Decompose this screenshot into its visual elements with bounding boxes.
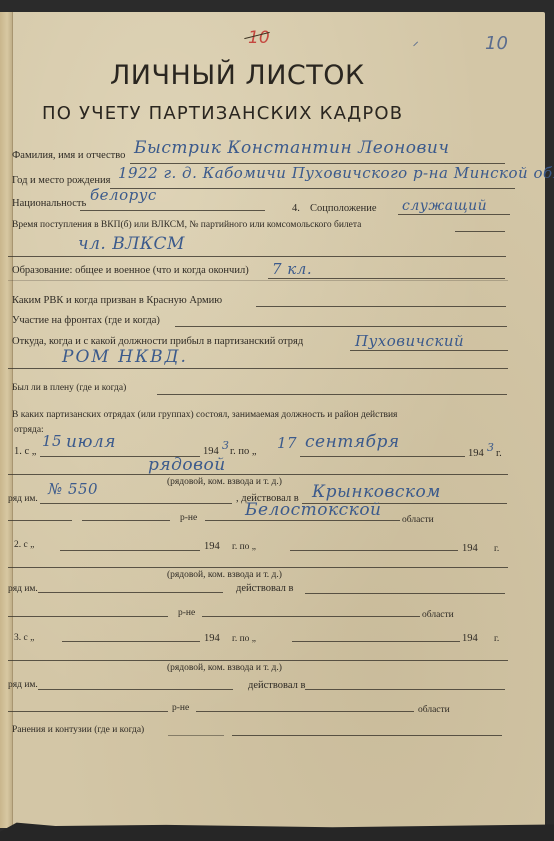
service-1-region-label: области [402, 515, 434, 525]
field-5-line-b [8, 256, 506, 257]
service-3-from-year: 194 [204, 633, 220, 644]
service-3-rank-hint: (рядовой, ком. взвода и т. д.) [167, 663, 282, 673]
field-9-line-b [8, 368, 508, 369]
binding-strip [0, 12, 13, 828]
service-2-from-line [60, 550, 200, 551]
service-2-to-line [290, 550, 458, 551]
service-1-from-day[interactable]: 15 [42, 432, 62, 450]
service-3-to-line [292, 641, 460, 642]
field-1-label: Фамилия, имя и отчество [12, 150, 125, 161]
service-3-line-a [8, 711, 168, 712]
field-4-label: Соцположение [310, 203, 377, 214]
field-8-label: Участие на фронтах (где и когда) [12, 315, 160, 326]
field-8-line [175, 326, 507, 327]
red-number-text: 10 [248, 28, 270, 48]
service-1-unit[interactable]: № 550 [48, 480, 98, 498]
service-1-rank-hint: (рядовой, ком. взвода и т. д.) [167, 477, 282, 487]
service-1-rank-line [8, 474, 508, 475]
service-1-to-year: 194 [468, 448, 484, 459]
service-1-to-line [300, 456, 465, 457]
document-title: ЛИЧНЫЙ ЛИСТОК [110, 60, 365, 91]
service-2-rank-line [8, 567, 508, 568]
service-2-from-year: 194 [204, 541, 220, 552]
field-6-label: Образование: общее и военное (что и когд… [12, 265, 249, 276]
field-7-label: Каким РВК и когда призван в Красную Арми… [12, 295, 222, 306]
service-1-district-label: р-не [180, 513, 197, 523]
service-2-district-label: р-не [178, 608, 195, 618]
service-1-unit-line [40, 503, 232, 504]
service-1-from-year-digit[interactable]: 3 [222, 439, 230, 452]
document-subtitle: ПО УЧЕТУ ПАРТИЗАНСКИХ КАДРОВ [42, 103, 403, 124]
field-6-guide [8, 280, 508, 281]
service-1-region-line [205, 520, 400, 521]
service-3-district-label: р-не [172, 703, 189, 713]
service-2-prefix: 2. с „ [14, 540, 34, 550]
service-3-rank-line [8, 660, 508, 661]
field-5-value[interactable]: чл. ВЛКСМ [78, 234, 185, 254]
field-12-line-b [232, 735, 502, 736]
service-3-to-year: 194 [462, 633, 478, 644]
field-4-value[interactable]: служащий [402, 198, 487, 214]
service-2-region-label: области [422, 610, 454, 620]
field-2-value[interactable]: 1922 г. д. Кабомичи Пуховичского р-на Ми… [118, 164, 554, 182]
service-2-to-label: г. по „ [232, 542, 256, 552]
service-3-prefix: 3. с „ [14, 633, 34, 643]
service-3-g: г. [494, 634, 499, 644]
service-3-region-label: области [418, 705, 450, 715]
service-2-acted-line [305, 593, 505, 594]
service-1-to-month[interactable]: сентября [305, 432, 400, 452]
service-2-unit-line [38, 592, 223, 593]
service-2-to-year: 194 [462, 543, 478, 554]
field-2-label: Год и место рождения [12, 175, 110, 186]
field-3-label: Национальность [12, 198, 86, 209]
service-1-rank[interactable]: рядовой [148, 455, 226, 475]
field-10-label: Был ли в плену (где и когда) [12, 383, 126, 393]
service-3-unit-line [38, 689, 233, 690]
service-1-to-day[interactable]: 17 [277, 434, 297, 452]
field-2-line [110, 188, 515, 189]
field-1-value[interactable]: Быстрик Константин Леонович [134, 138, 449, 158]
field-9-value-1[interactable]: Пуховичский [355, 332, 464, 350]
field-11-label-cont: отряда: [14, 425, 44, 435]
service-3-region-line [196, 711, 414, 712]
document-sheet [0, 12, 545, 828]
service-3-from-line [62, 641, 200, 642]
service-1-line-b [82, 520, 170, 521]
service-2-line-a [8, 616, 168, 617]
field-11-label: В каких партизанских отрядах (или группа… [12, 410, 397, 420]
field-10-line [157, 394, 507, 395]
service-3-acted-label: действовал в [248, 680, 305, 691]
field-6-line [268, 278, 505, 279]
field-4-line [398, 214, 510, 215]
service-3-unit-label: ряд им. [8, 680, 38, 690]
service-2-region-line [202, 616, 420, 617]
field-3-line [80, 210, 265, 211]
field-9-label: Откуда, когда и с какой должности прибыл… [12, 336, 303, 347]
service-2-rank-hint: (рядовой, ком. взвода и т. д.) [167, 570, 282, 580]
service-3-to-label: г. по „ [232, 634, 256, 644]
service-1-unit-label: ряд им. [8, 494, 38, 504]
service-3-acted-line [305, 689, 505, 690]
service-1-line-a [8, 520, 72, 521]
service-1-to-label: г. по „ [230, 446, 257, 457]
field-5-label: Время поступления в ВКП(б) или ВЛКСМ, № … [12, 220, 361, 230]
pencil-sheet-number: 10 [485, 33, 508, 54]
field-9-line-a [350, 350, 508, 351]
field-5-line-a [455, 231, 505, 232]
field-4-num: 4. [292, 203, 300, 214]
field-9-value-2[interactable]: РОМ НКВД. [62, 347, 188, 367]
service-1-acted[interactable]: Крынковском [312, 482, 441, 502]
pencil-check-mark: ᐟ [413, 40, 419, 55]
service-1-prefix: 1. с „ [14, 446, 36, 457]
service-1-to-year-digit[interactable]: 3 [487, 441, 495, 454]
field-12-label: Ранения и контузии (где и когда) [12, 725, 144, 735]
service-1-g: г. [496, 448, 502, 459]
service-1-region[interactable]: Белостокской [245, 500, 382, 520]
archive-sheet-number-red: 10 [248, 28, 270, 48]
field-7-line [256, 306, 506, 307]
field-6-value[interactable]: 7 кл. [272, 260, 312, 278]
field-12-line-a [168, 735, 224, 736]
service-2-g: г. [494, 544, 499, 554]
service-1-from-month[interactable]: июля [66, 432, 116, 452]
service-2-unit-label: ряд им. [8, 584, 38, 594]
service-2-acted-label: действовал в [236, 583, 293, 594]
field-3-value[interactable]: белорус [90, 186, 157, 204]
